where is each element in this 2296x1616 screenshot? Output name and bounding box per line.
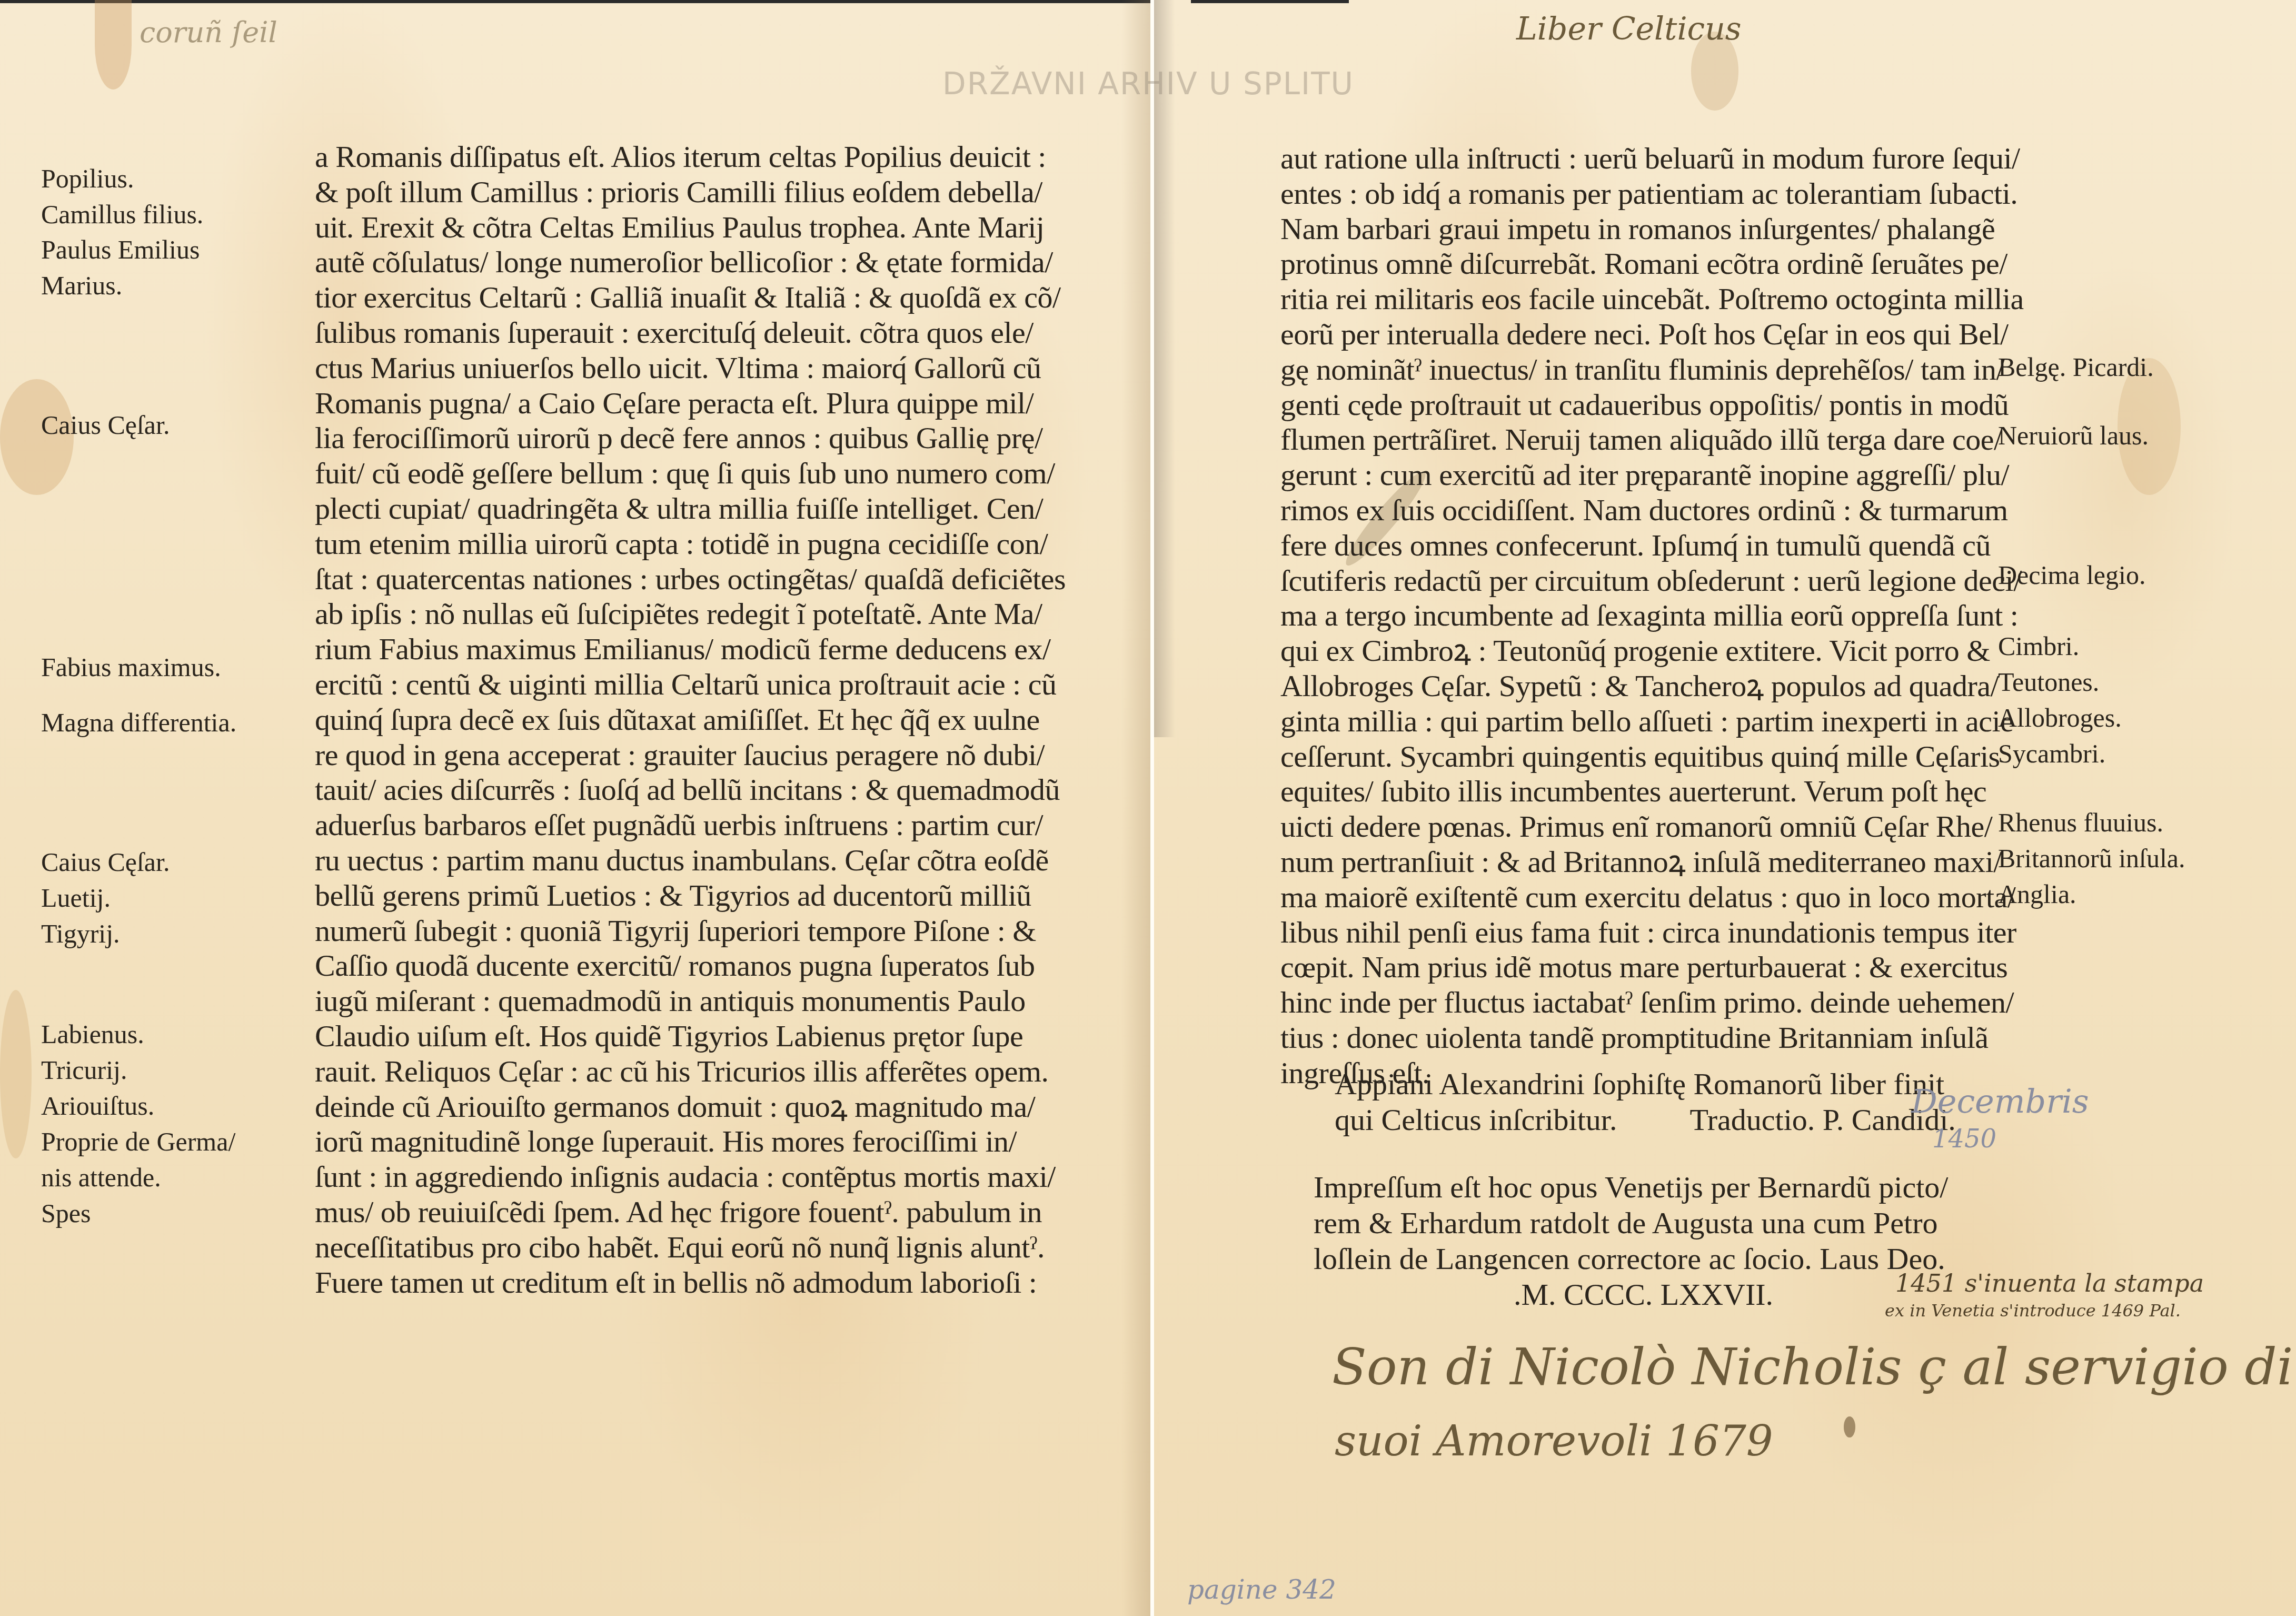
text-line: quinq́ ſupra decẽ ex ſuis dũtaxat amiſiſ… xyxy=(315,702,1066,738)
ink-blot xyxy=(1844,1416,1855,1437)
margin-note: Proprie de Germa/ xyxy=(41,1124,235,1159)
gutter-shadow xyxy=(1154,0,1175,737)
text-line: gerunt : cum exercitũ ad iter pręparantẽ… xyxy=(1280,458,2024,493)
text-line: re quod in gena acceperat : grauiter ſau… xyxy=(315,738,1066,773)
text-line: qui ex Cimbroꝝ : Teutonũq́ progenie exti… xyxy=(1280,633,2024,669)
margin-note: Ariouiſtus. xyxy=(41,1088,154,1124)
pencil-note-year: 1450 xyxy=(1932,1124,1996,1154)
colophon: Appiani Alexandrini ſophiſtę Romanorũ li… xyxy=(1282,1066,1956,1313)
text-line: hinc inde per fluctus iactabatˀ ſenſim p… xyxy=(1280,985,2024,1020)
margin-note: nis attende. xyxy=(41,1159,161,1195)
handwritten-header-left: coruñ ſeil xyxy=(140,16,277,49)
text-line: fuit/ cũ eodẽ geſſere bellum : quę ſi qu… xyxy=(315,456,1066,491)
imprint-line: Impreſſum eſt hoc opus Venetijs per Bern… xyxy=(1282,1169,1956,1205)
text-line: equites/ ſubito illis incumbentes auerte… xyxy=(1280,774,2024,809)
text-line: uit. Erexit & cõtra Celtas Emilius Paulu… xyxy=(315,210,1066,245)
margin-note: Tricurij. xyxy=(41,1052,127,1088)
pencil-page-number: pagine 342 xyxy=(1187,1574,1336,1605)
text-line: mus/ ob reuiuiſcẽdi ſpem. Ad hęc frigore… xyxy=(315,1195,1066,1230)
margin-note: Tigyrij. xyxy=(41,916,120,951)
margin-note: Labienus. xyxy=(41,1016,144,1052)
gutter-shadow xyxy=(1121,0,1150,1616)
text-line: a Romanis diſſipatus eſt. Alios iterum c… xyxy=(315,140,1066,175)
water-stain xyxy=(0,990,32,1158)
text-line: uicti dedere pœnas. Primus enĩ romanorũ … xyxy=(1280,809,2024,845)
ink-note-printing: 1451 s'inuenta la stampa xyxy=(1895,1269,2204,1297)
text-line: ru uectus : partim manu ductus inambulan… xyxy=(315,843,1066,878)
margin-note: Spes xyxy=(41,1195,91,1231)
margin-note: Camillus filius. xyxy=(41,196,203,232)
text-line: tior exercitus Celtarũ : Galliã inuaſit … xyxy=(315,280,1066,315)
ownership-inscription: suoi Amorevoli 1679 xyxy=(1335,1416,1773,1465)
archive-watermark: DRŽAVNI ARHIV U SPLITU xyxy=(942,66,1354,102)
text-line: neceſſitatibus pro cibo habẽt. Equi eorũ… xyxy=(315,1230,1066,1265)
left-body-text: a Romanis diſſipatus eſt. Alios iterum c… xyxy=(315,140,1066,1300)
text-line: ſcutiferis redactũ per circuitum obſeder… xyxy=(1280,563,2024,599)
text-line: rium Fabius maximus Emilianus/ modicũ fe… xyxy=(315,632,1066,667)
text-line: lia ferociſſimorũ uirorũ p decẽ fere ann… xyxy=(315,421,1066,456)
water-stain xyxy=(95,0,132,90)
text-line: ercitũ : centũ & uiginti millia Celtarũ … xyxy=(315,667,1066,702)
text-line: flumen pertrãſiret. Neruij tamen aliquãd… xyxy=(1280,422,2024,458)
text-line: ſunt : in aggrediendo inſignis audacia :… xyxy=(315,1159,1066,1195)
text-line: rimos ex ſuis occidiſſent. Nam ductores … xyxy=(1280,493,2024,528)
text-line: eorũ per interualla dedere neci. Poſt ho… xyxy=(1280,317,2024,352)
ownership-inscription: Son di Nicolò Nicholis ç al servigio di xyxy=(1332,1337,2293,1396)
text-line: Nam barbari graui impetu in romanos inſu… xyxy=(1280,212,2024,247)
margin-note: Fabius maximus. xyxy=(41,649,221,685)
text-line: ſulibus romanis ſuperauit : exercituſq́ … xyxy=(315,315,1066,351)
text-line: Fuere tamen ut creditum eſt in bellis nõ… xyxy=(315,1265,1066,1301)
page-top-edge xyxy=(1191,0,1349,3)
text-line: ginta millia : qui partim bello aſſueti … xyxy=(1280,704,2024,739)
explicit-line: Appiani Alexandrini ſophiſtę Romanorũ li… xyxy=(1282,1066,1956,1102)
text-line: fere duces omnes confecerunt. Ipſumq́ in… xyxy=(1280,528,2024,563)
text-line: ma maiorẽ exiſtentẽ cum exercitu delatus… xyxy=(1280,880,2024,915)
imprint-line: rem & Erhardum ratdolt de Augusta una cu… xyxy=(1282,1205,1956,1241)
text-line: num pertranſiuit : & ad Britannoꝝ inſulã… xyxy=(1280,845,2024,880)
right-body-text: aut ratione ulla inſtructi : uerũ beluar… xyxy=(1280,141,2024,1091)
text-line: iorũ magnitudinẽ longe ſuperauit. His mo… xyxy=(315,1124,1066,1159)
text-line: cœpit. Nam prius idẽ motus mare perturba… xyxy=(1280,950,2024,985)
text-line: ceſſerunt. Sycambri quingentis equitibus… xyxy=(1280,739,2024,775)
margin-note: Magna differentia. xyxy=(41,705,236,740)
text-line: tauit/ acies diſcurrẽs : ſuoſq́ ad bellũ… xyxy=(315,772,1066,808)
text-line: ſtat : quatercentas nationes : urbes oct… xyxy=(315,562,1066,597)
text-line: tius : donec uiolenta tandẽ promptitudin… xyxy=(1280,1020,2024,1056)
text-line: Romanis pugna/ a Caio Cęſare peracta eſt… xyxy=(315,386,1066,421)
text-line: ritia rei militaris eos facile uincebãt.… xyxy=(1280,282,2024,317)
explicit-line: qui Celticus inſcribitur. Traductio. P. … xyxy=(1282,1102,1956,1138)
imprint-line: loſlein de Langencen correctore ac ſocio… xyxy=(1282,1241,1956,1277)
margin-note: Paulus Emilius xyxy=(41,232,200,267)
ink-note-printing: ex in Venetia s'introduce 1469 Pal. xyxy=(1885,1301,2181,1321)
margin-note: Britannorũ inſula. xyxy=(1998,840,2185,876)
text-line: & poſt illum Camillus : prioris Camilli … xyxy=(315,175,1066,210)
explicit-title: qui Celticus inſcribitur. xyxy=(1335,1103,1617,1137)
margin-note: Caius Cęſar. xyxy=(41,844,170,880)
text-line: ma a tergo incumbente ad ſexaginta milli… xyxy=(1280,598,2024,633)
text-line: entes : ob idq́ a romanis per patientiam… xyxy=(1280,176,2024,212)
gutter xyxy=(1150,0,1154,1616)
text-line: protinus omnẽ diſcurrebãt. Romani ecõtra… xyxy=(1280,246,2024,282)
text-line: iugũ miſerant : quemadmodũ in antiquis m… xyxy=(315,984,1066,1019)
text-line: deinde cũ Ariouiſto germanos domuit : qu… xyxy=(315,1089,1066,1125)
handwritten-header-right: Liber Celticus xyxy=(1516,11,1742,47)
text-line: Claudio uiſum eſt. Hos quidẽ Tigyrios La… xyxy=(315,1019,1066,1054)
page-top-edge xyxy=(0,0,1150,3)
text-line: numerũ ſubegit : quoniã Tigyrij ſuperior… xyxy=(315,914,1066,949)
margin-note: Caius Cęſar. xyxy=(41,407,170,443)
text-line: rauit. Reliquos Cęſar : ac cũ his Tricur… xyxy=(315,1054,1066,1089)
text-line: gę nominãtˀ inuectus/ in tranſitu flumin… xyxy=(1280,352,2024,388)
text-line: aut ratione ulla inſtructi : uerũ beluar… xyxy=(1280,141,2024,176)
text-line: ctus Marius uniuerſos bello uicit. Vltim… xyxy=(315,351,1066,386)
text-line: ab ipſis : nõ nullas eũ ſuſcipiẽtes rede… xyxy=(315,597,1066,632)
text-line: autẽ cõſulatus/ longe numeroſior bellico… xyxy=(315,245,1066,280)
text-line: plecti cupiat/ quadringẽta & ultra milli… xyxy=(315,491,1066,527)
text-line: bellũ gerens primũ Luetios : & Tigyrios … xyxy=(315,878,1066,914)
text-line: libus nihil penſi eius fama fuit : circa… xyxy=(1280,915,2024,950)
book-spread: coruñ ſeil Popilius.Camillus filius.Paul… xyxy=(0,0,2296,1616)
text-line: Allobroges Cęſar. Sypetũ : & Tancheroꝝ p… xyxy=(1280,669,2024,704)
text-line: aduerſus barbaros eſſet pugnãdũ uerbis i… xyxy=(315,808,1066,843)
text-line: Caſſio quodã ducente exercitũ/ romanos p… xyxy=(315,948,1066,984)
imprint-date: .M. CCCC. LXXVII. xyxy=(1282,1277,1956,1313)
margin-note: Luetij. xyxy=(41,880,111,916)
margin-note: Marius. xyxy=(41,267,122,303)
text-line: tum etenim millia uirorũ capta : totidẽ … xyxy=(315,527,1066,562)
left-page: coruñ ſeil Popilius.Camillus filius.Paul… xyxy=(0,0,1150,1616)
pencil-note-month: Decembris xyxy=(1911,1082,2089,1121)
text-line: genti cęde proſtrauit ut cadaueribus opp… xyxy=(1280,388,2024,423)
margin-note: Popilius. xyxy=(41,161,134,196)
